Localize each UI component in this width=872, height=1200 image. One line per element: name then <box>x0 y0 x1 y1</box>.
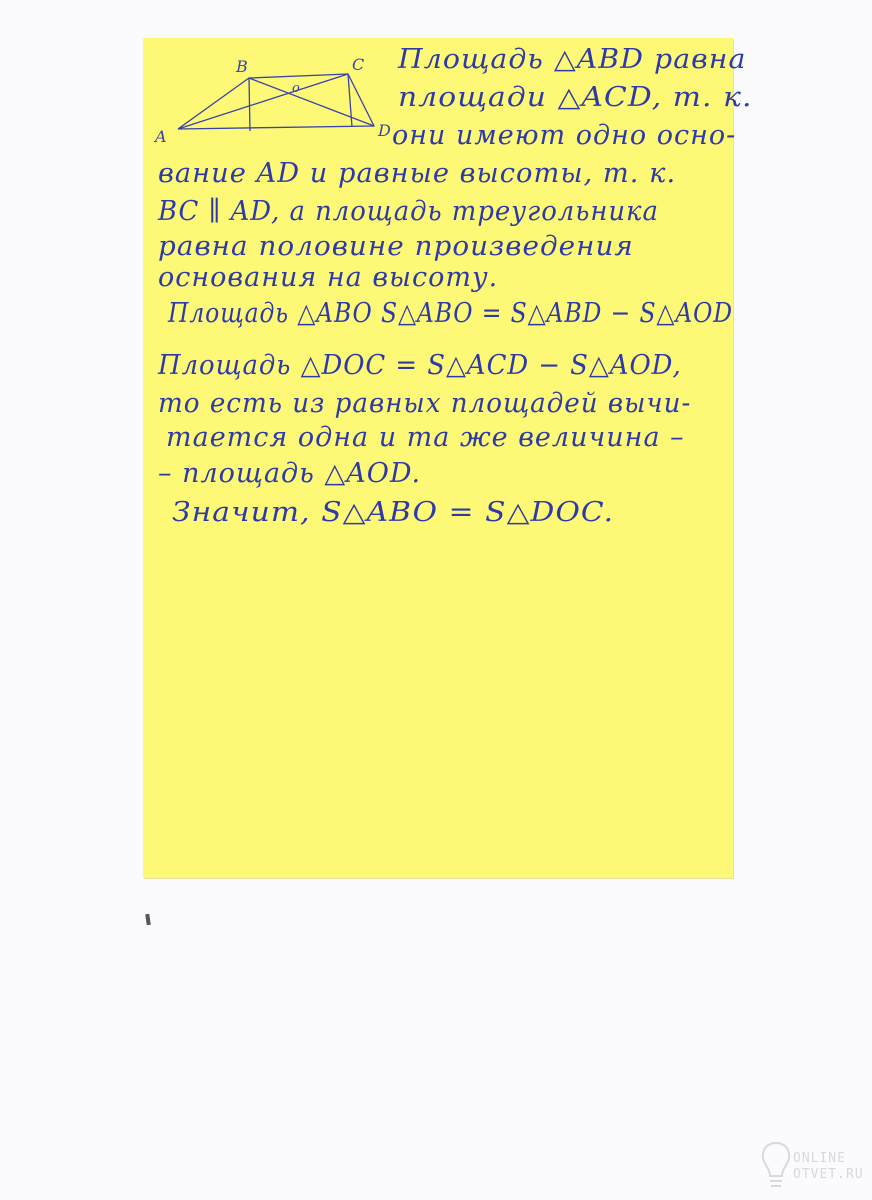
label-a: A <box>153 127 167 145</box>
watermark-line-1: ONLINE <box>793 1152 846 1166</box>
lightbulb-icon <box>760 1140 792 1192</box>
label-d: D <box>377 121 391 140</box>
text-line-5: BC ∥ AD, а площадь треугольника <box>158 196 659 227</box>
text-line-2: площади △ACD, т. к. <box>398 82 753 113</box>
text-line-7: основания на высоту. <box>158 262 498 293</box>
text-line-1: Площадь △ABD равна <box>398 44 746 75</box>
text-line-4: вание AD и равные высоты, т. к. <box>158 158 676 189</box>
text-line-11: тается одна и та же величина – <box>166 422 685 453</box>
text-line-3: они имеют одно осно- <box>392 120 736 151</box>
scan-artifact <box>145 914 150 925</box>
text-line-10: то есть из равных площадей вычи- <box>158 388 691 419</box>
text-line-8: Площадь △ABO S△ABO = S△ABD − S△AOD <box>168 298 733 329</box>
text-line-12: – площадь △AOD. <box>158 458 421 489</box>
watermark: ONLINE OTVET.RU <box>760 1140 872 1196</box>
label-o: o <box>292 81 300 96</box>
trapezoid-diagram: A B C D o <box>150 50 395 145</box>
text-line-6: равна половине произведения <box>158 231 634 262</box>
label-b: B <box>235 57 248 76</box>
watermark-line-2: OTVET.RU <box>793 1168 864 1182</box>
text-line-9: Площадь △DOC = S△ACD − S△AOD, <box>158 350 682 381</box>
text-line-13: Значит, S△ABO = S△DOC. <box>172 497 614 528</box>
label-c: C <box>352 55 364 74</box>
